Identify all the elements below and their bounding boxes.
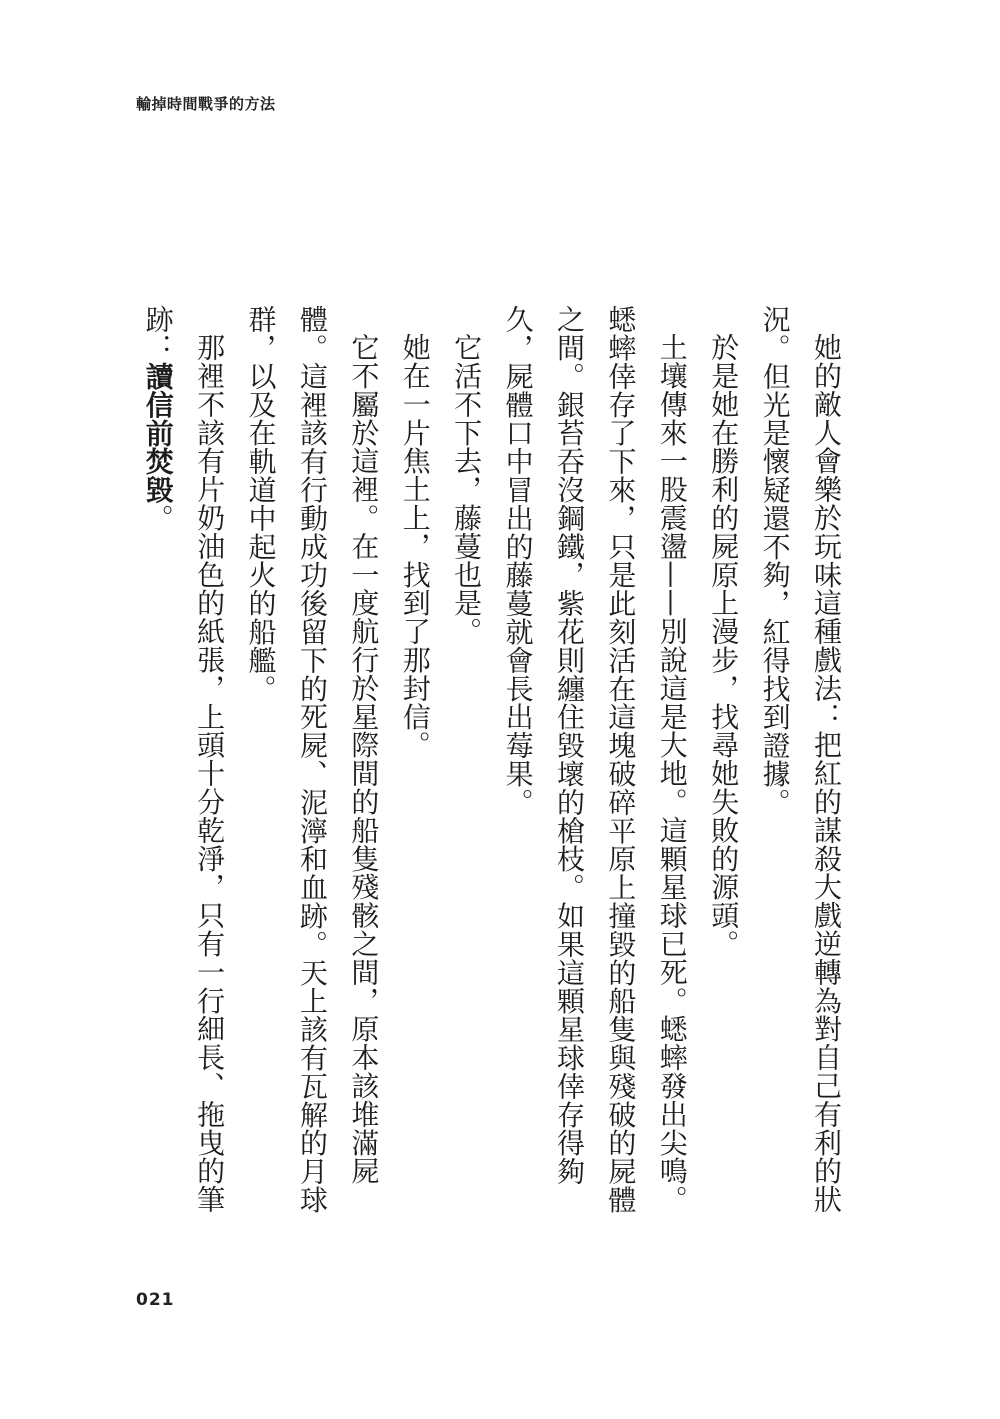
paragraph-1: 她的敵人會樂於玩味這種戲法：把紅的謀殺大戲逆轉為對自己有利的狀況。但光是懷疑還不… [749,305,852,1225]
paragraph-7: 那裡不該有片奶油色的紙張，上頭十分乾淨，只有一行細長、拖曳的筆跡：讀信前焚毀。 [132,305,235,1225]
running-head: 輸掉時間戰爭的方法 [136,93,276,114]
paragraph-6: 它不屬於這裡。在一度航行於星際間的船隻殘骸之間，原本該堆滿屍體。這裡該有行動成功… [235,305,389,1225]
body-text: 她的敵人會樂於玩味這種戲法：把紅的謀殺大戲逆轉為對自己有利的狀況。但光是懷疑還不… [132,305,852,1225]
paragraph-2: 於是她在勝利的屍原上漫步，找尋她失敗的源頭。 [698,305,749,1225]
paragraph-7-end: 。 [142,504,175,532]
letter-inscription: 讀信前焚毀 [142,362,175,504]
paragraph-4: 它活不下去，藤蔓也是。 [441,305,492,1225]
page-number: 021 [136,1290,175,1310]
paragraph-3: 土壤傳來一股震盪——別說這是大地。這顆星球已死。蟋蟀發出尖鳴。蟋蟀倖存了下來，只… [492,305,698,1225]
paragraph-5: 她在一片焦土上，找到了那封信。 [389,305,440,1225]
